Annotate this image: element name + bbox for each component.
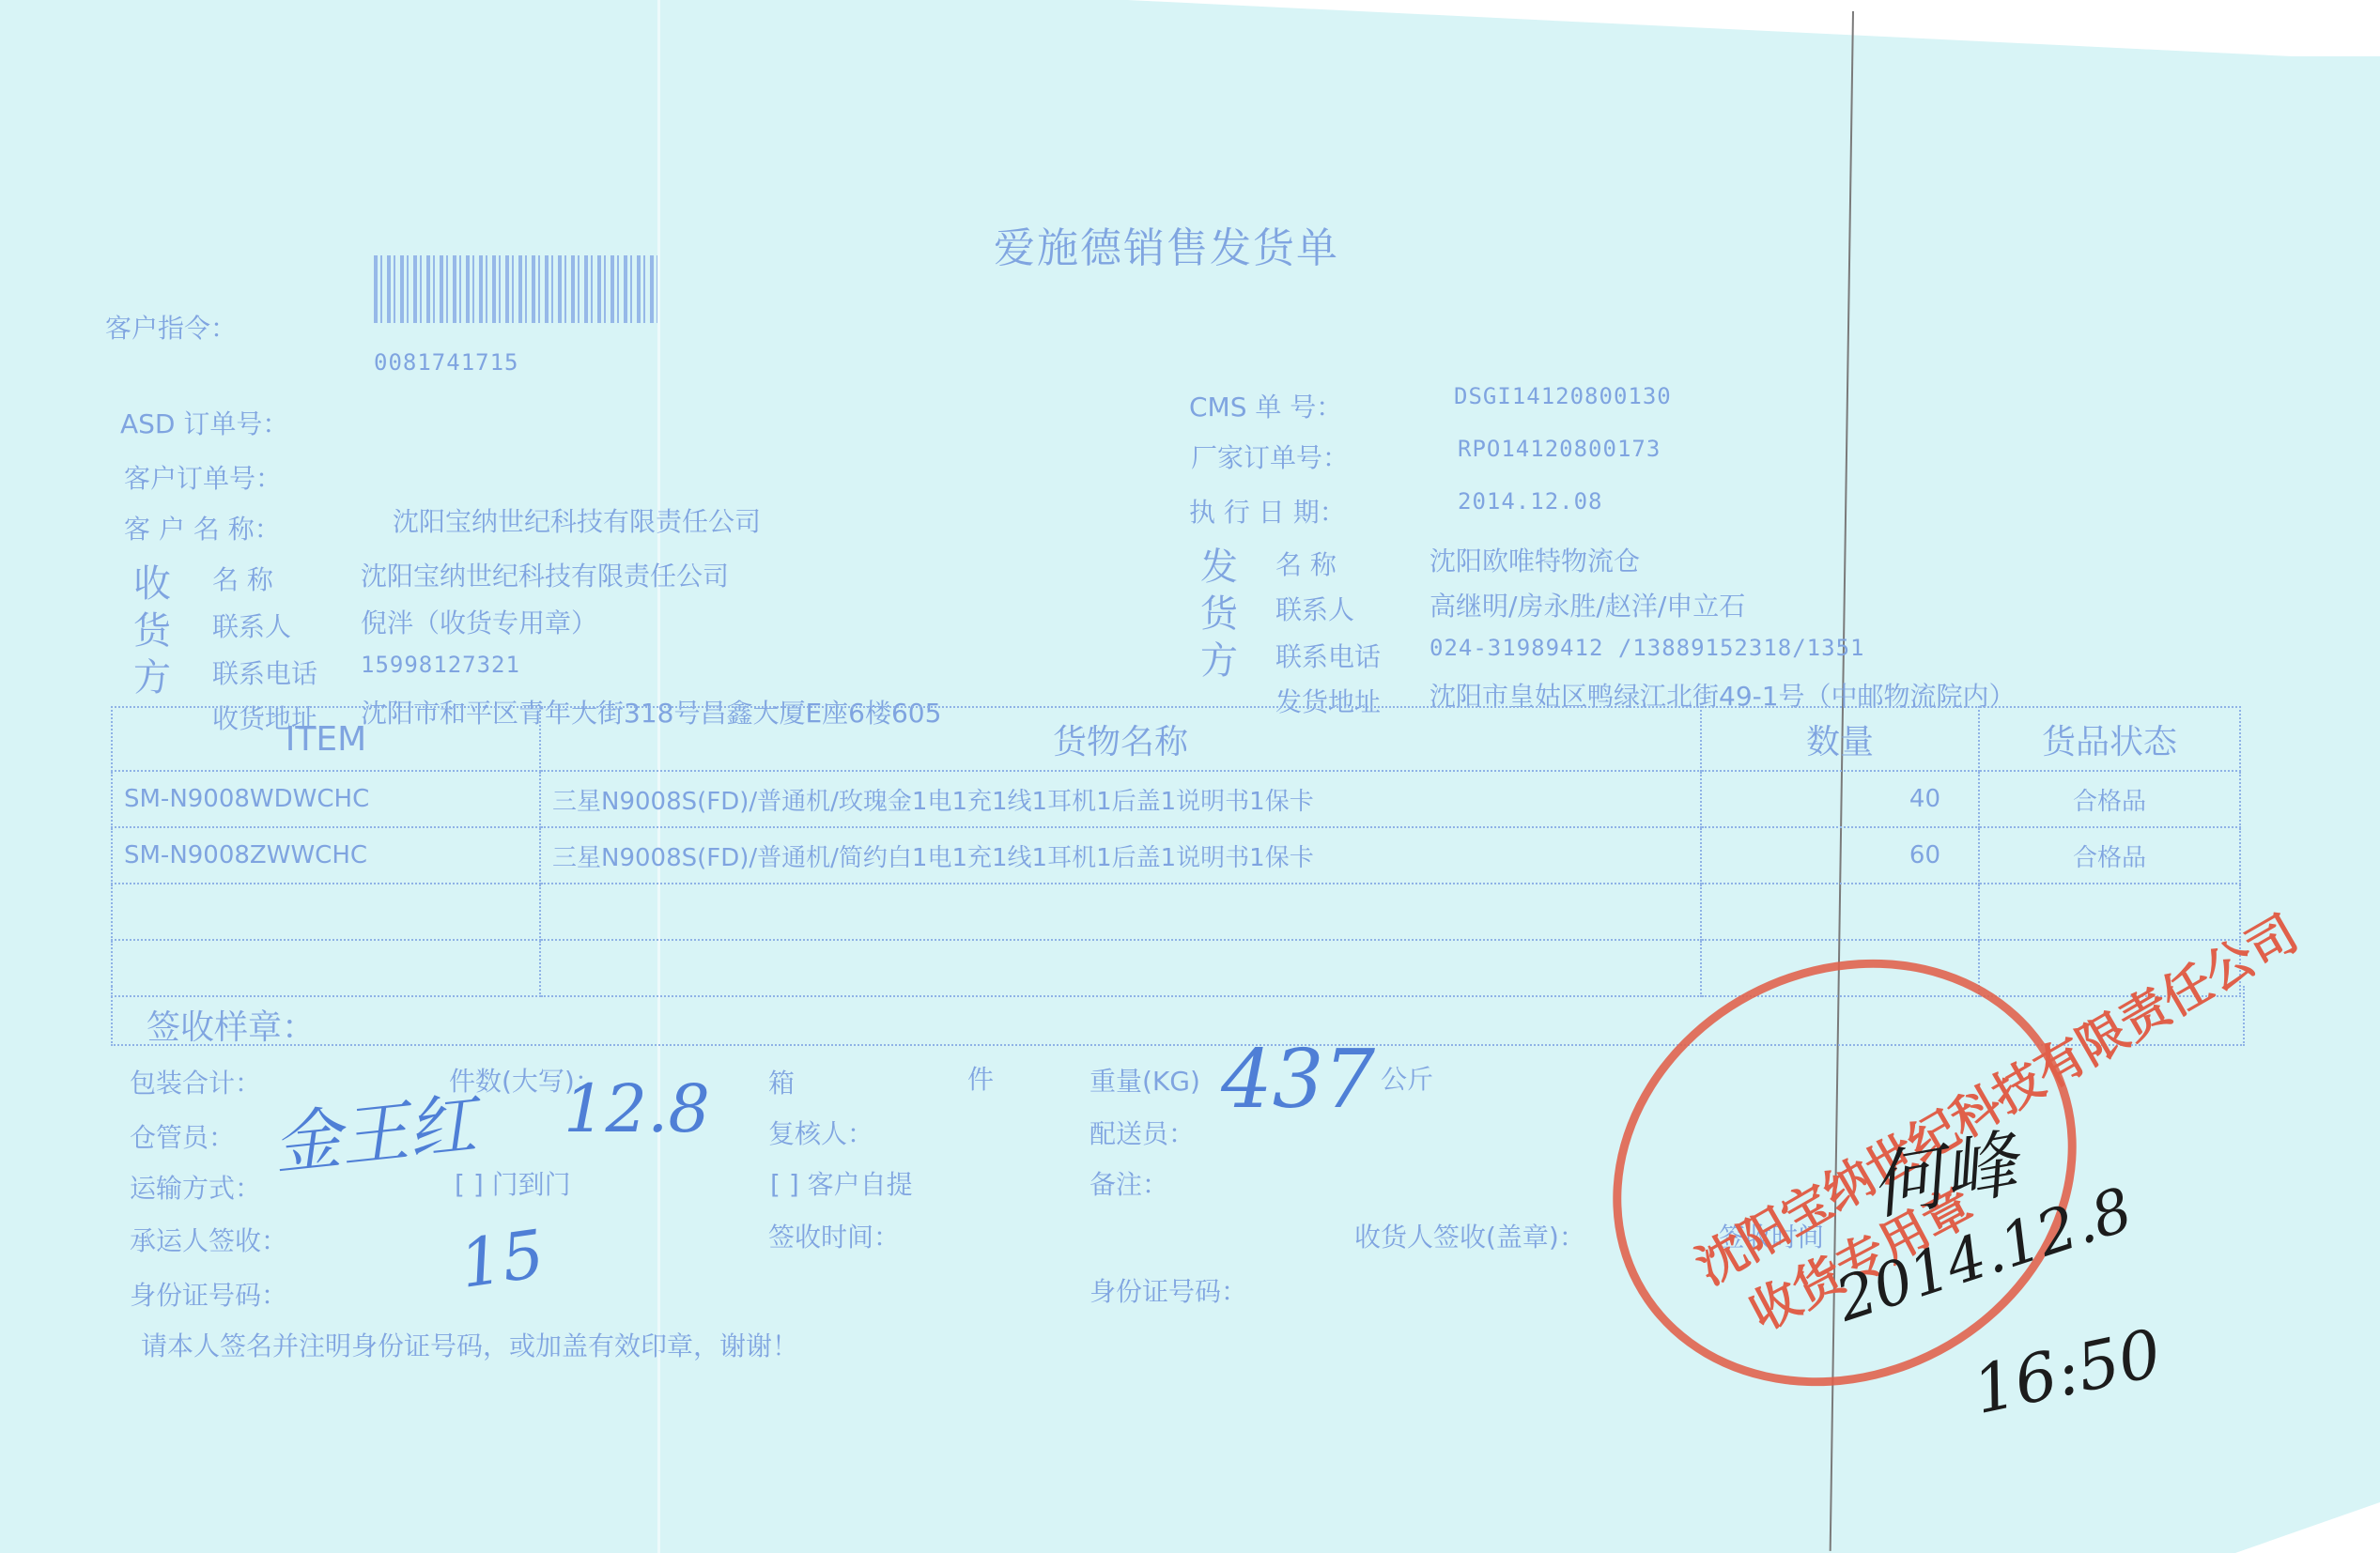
shipper-side-char-2: 货 <box>1200 584 1238 638</box>
receiver-sign-label: 收货人签收(盖章)： <box>1354 1217 1585 1254</box>
door-to-door-option[interactable]: [ ] 门到门 <box>455 1164 571 1202</box>
exec-date-label: 执 行 日 期： <box>1189 492 1346 530</box>
factory-order-label: 厂家订单号： <box>1191 438 1349 475</box>
customer-name: 沈阳宝纳世纪科技有限责任公司 <box>393 501 761 539</box>
quantity: 60 <box>1701 827 1979 884</box>
exec-date: 2014.12.08 <box>1458 488 1603 515</box>
table-row: SM-N9008ZWWCHC 三星N9008S(FD)/普通机/简约白1电1充1… <box>112 827 2240 884</box>
shipper-name: 沈阳欧唯特物流仓 <box>1430 541 1640 578</box>
receiver-contact-label: 联系人 <box>212 607 291 644</box>
piece-label: 件 <box>967 1059 994 1097</box>
shipper-side-char-1: 发 <box>1200 537 1238 591</box>
customer-order-label: 客户订单号： <box>124 458 282 496</box>
sign-sample-label: 签收样章： <box>147 1001 316 1049</box>
warehouse-keeper-label: 仓管员： <box>130 1117 235 1155</box>
barcode <box>374 255 657 323</box>
delivery-person-label: 配送员： <box>1090 1114 1195 1151</box>
id-number-label-left: 身份证号码： <box>130 1275 287 1313</box>
box-label: 箱 <box>768 1063 795 1100</box>
barcode-number: 0081741715 <box>374 349 519 376</box>
document-title: 爱施德销售发货单 <box>994 214 1339 274</box>
shipper-name-label: 名 称 <box>1275 545 1337 582</box>
weight-handwritten: 437 <box>1221 1033 1375 1127</box>
carrier-handwritten: 15 <box>456 1215 549 1303</box>
receiver-side-char-2: 货 <box>133 601 171 654</box>
goods-name: 三星N9008S(FD)/普通机/玫瑰金1电1充1线1耳机1后盖1说明书1保卡 <box>540 771 1701 827</box>
customer-pickup-option[interactable]: [ ] 客户自提 <box>770 1164 913 1202</box>
column-header-quantity: 数量 <box>1701 707 1979 771</box>
goods-status: 合格品 <box>1979 827 2240 884</box>
sign-time-label: 签收时间： <box>768 1217 900 1254</box>
item-code: SM-N9008WDWCHC <box>112 771 540 827</box>
pieces-handwritten: 12.8 <box>564 1070 710 1147</box>
quantity: 40 <box>1701 771 1979 827</box>
weight-label: 重量(KG) <box>1090 1061 1200 1099</box>
table-row-empty <box>112 884 2240 940</box>
factory-order-number: RPO14120800173 <box>1458 436 1661 462</box>
receiver-name: 沈阳宝纳世纪科技有限责任公司 <box>361 556 729 593</box>
shipper-contact: 高继明/房永胜/赵洋/申立石 <box>1430 586 1745 623</box>
receiver-side-char-3: 方 <box>133 648 171 701</box>
column-header-item: ITEM <box>112 707 540 771</box>
footer-note: 请本人签名并注明身份证号码，或加盖有效印章，谢谢！ <box>141 1326 798 1363</box>
cms-number: DSGI14120800130 <box>1454 383 1672 409</box>
asd-order-label: ASD 订单号： <box>120 404 288 441</box>
cms-label: CMS 单 号： <box>1189 387 1342 424</box>
receiver-phone: 15998127321 <box>361 652 520 678</box>
receiver-name-label: 名 称 <box>212 560 273 597</box>
receiver-side-char-1: 收 <box>133 554 171 607</box>
goods-name: 三星N9008S(FD)/普通机/简约白1电1充1线1耳机1后盖1说明书1保卡 <box>540 827 1701 884</box>
shipper-phone-label: 联系电话 <box>1275 637 1381 674</box>
goods-table: ITEM 货物名称 数量 货品状态 SM-N9008WDWCHC 三星N9008… <box>111 706 2241 997</box>
table-row: SM-N9008WDWCHC 三星N9008S(FD)/普通机/玫瑰金1电1充1… <box>112 771 2240 827</box>
receiver-contact: 倪泮（收货专用章） <box>361 603 597 640</box>
carrier-sign-label: 承运人签收： <box>130 1221 287 1258</box>
goods-status: 合格品 <box>1979 771 2240 827</box>
shipper-phone: 024-31989412 /13889152318/1351 <box>1430 635 1864 661</box>
transport-method-label: 运输方式： <box>130 1168 261 1206</box>
customer-name-label: 客 户 名 称： <box>124 509 281 546</box>
item-code: SM-N9008ZWWCHC <box>112 827 540 884</box>
reviewer-label: 复核人： <box>768 1114 873 1151</box>
receiver-phone-label: 联系电话 <box>212 653 317 691</box>
column-header-goods-name: 货物名称 <box>540 707 1701 771</box>
remark-label: 备注： <box>1090 1164 1168 1202</box>
customer-instruction-label: 客户指令： <box>105 308 237 346</box>
weight-unit: 公斤 <box>1381 1059 1433 1097</box>
column-header-status: 货品状态 <box>1979 707 2240 771</box>
shipper-side-char-3: 方 <box>1200 631 1238 684</box>
package-total-label: 包装合计： <box>130 1063 261 1100</box>
shipper-contact-label: 联系人 <box>1275 590 1354 627</box>
id-number-label-right: 身份证号码： <box>1090 1271 1247 1309</box>
